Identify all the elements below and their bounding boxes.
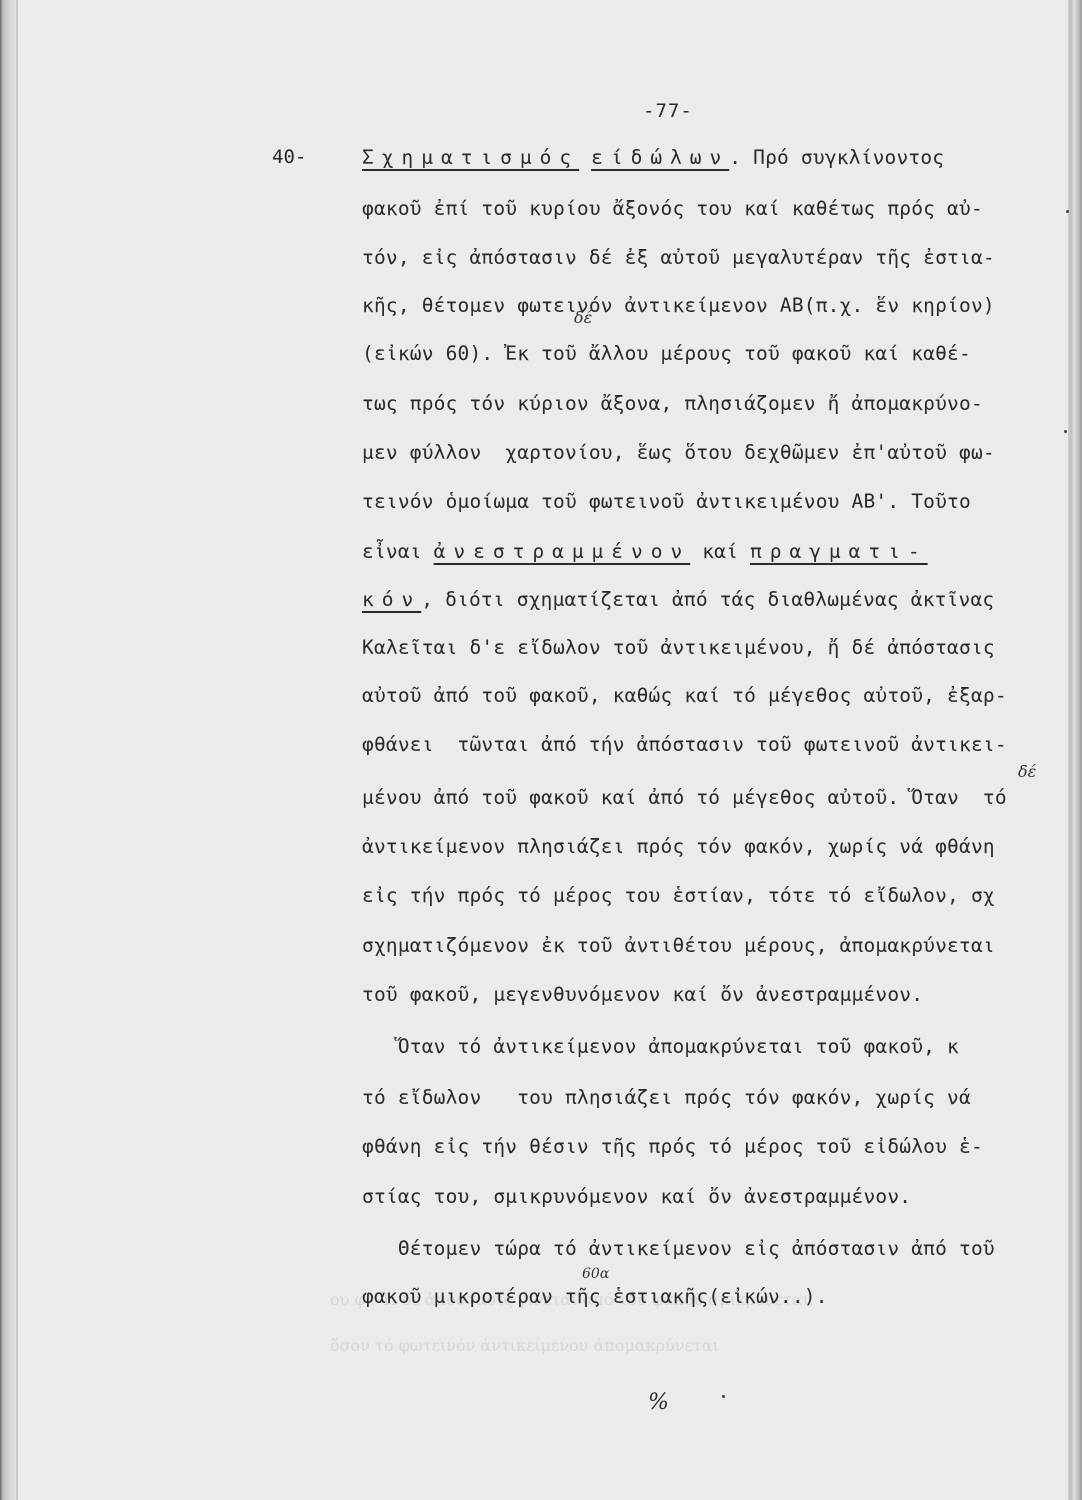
text-line: τόν, εἰς ἀπόστασιν δέ ἐξ αὐτοῦ μεγαλυτέρ… [362,246,995,269]
section-title-part-2: είδώλων [591,146,729,169]
bleed-through-line: ὅσον τό φωτεινόν ἀντικείμενον ἀπομακρύνε… [330,1322,1050,1370]
text-line: Ὅταν τό ἀντικείμενον ἀπομακρύνεται τοῦ φ… [362,1035,959,1058]
handwritten-insertion-de: δέ [574,308,592,327]
text-fragment: εἶναι [362,540,434,563]
text-line: τοῦ φακοῦ, μεγενθυνόμενον καί ὄν ἀνεστρα… [362,983,923,1006]
text-line: σχηματιζόμενον ἐκ τοῦ ἀντιθέτου μέρους, … [362,934,995,957]
text-line: φακοῦ μικροτέραν τῆς ἑστιακῆς(εἰκών..). [362,1285,828,1308]
text-line: τως πρός τόν κύριον ἄξονα, πλησιάζομεν ἤ… [362,392,983,415]
text-line: (εἰκών 60). Ἐκ τοῦ ἄλλου μέρους τοῦ φακο… [362,342,971,365]
text-line: εἶναι ἀνεστραμμένον καί πραγματι- [362,540,928,563]
text-line: μένου ἀπό τοῦ φακοῦ καί ἀπό τό μέγεθος α… [362,786,1007,809]
page-number: -77- [643,100,693,122]
text-line: Καλεῖται δ'ε εἴδωλον τοῦ ἀντικειμένου, ἤ… [362,636,995,659]
emphasis-real-end: κόν [362,588,421,611]
text-line: μεν φύλλον χαρτονίου, ἕως ὅτου δεχθῶμεν … [362,441,995,464]
scan-left-edge [0,0,16,1500]
heading-continuation: Πρό συγκλίνοντος [741,146,944,169]
text-line: φακοῦ ἐπί τοῦ κυρίου ἄξονός του καί καθέ… [362,197,983,220]
handwritten-insertion-de: δέ [1018,762,1036,781]
text-fragment: , διότι σχηματίζεται ἀπό τάς διαθλωμένας… [421,588,994,611]
text-line: φθάνη εἰς τήν θέσιν τῆς πρός τό μέρος το… [362,1135,983,1158]
section-title-part-1: Σχηματισμός [362,146,579,169]
text-line: στίας του, σμικρυνόμενον καί ὄν ἀνεστραμ… [362,1185,911,1208]
emphasis-inverted: ἀνεστραμμένον [434,540,691,563]
scan-right-edge [1068,0,1082,1500]
text-line: τεινόν ὁμοίωμα τοῦ φωτεινοῦ ἀντικειμένου… [362,490,971,513]
text-line: ἀντικείμενον πλησιάζει πρός τόν φακόν, χ… [362,835,995,858]
text-line: εἰς τήν πρός τό μέρος του ἑστίαν, τότε τ… [362,884,995,907]
heading-line: Σχηματισμός είδώλων. Πρό συγκλίνοντος [362,146,944,169]
text-line: κόν, διότι σχηματίζεται ἀπό τάς διαθλωμέ… [362,588,994,611]
text-line: φθάνει τῶνται ἀπό τήν ἀπόστασιν τοῦ φωτε… [362,733,1007,756]
scan-speck [722,1395,725,1398]
text-line: αὐτοῦ ἀπό τοῦ φακοῦ, καθώς καί τό μέγεθο… [362,684,1007,707]
scan-speck [1064,430,1067,433]
section-number: 40- [272,146,306,168]
page-end-mark: % [648,1390,669,1415]
text-fragment: καί [690,540,750,563]
text-line: τό εἴδωλον του πλησιάζει πρός τόν φακόν,… [362,1086,971,1109]
emphasis-real: πραγματι- [750,540,928,563]
scan-speck [1066,210,1069,213]
title-period: . [729,146,741,169]
text-line: Θέτομεν τώρα τό ἀντικείμενον εἰς ἀπόστασ… [362,1237,995,1260]
text-line: κῆς, θέτομεν φωτεινόν ἀντικείμενον ΑΒ(π.… [362,294,995,317]
handwritten-figure-ref: 60α [582,1266,609,1282]
